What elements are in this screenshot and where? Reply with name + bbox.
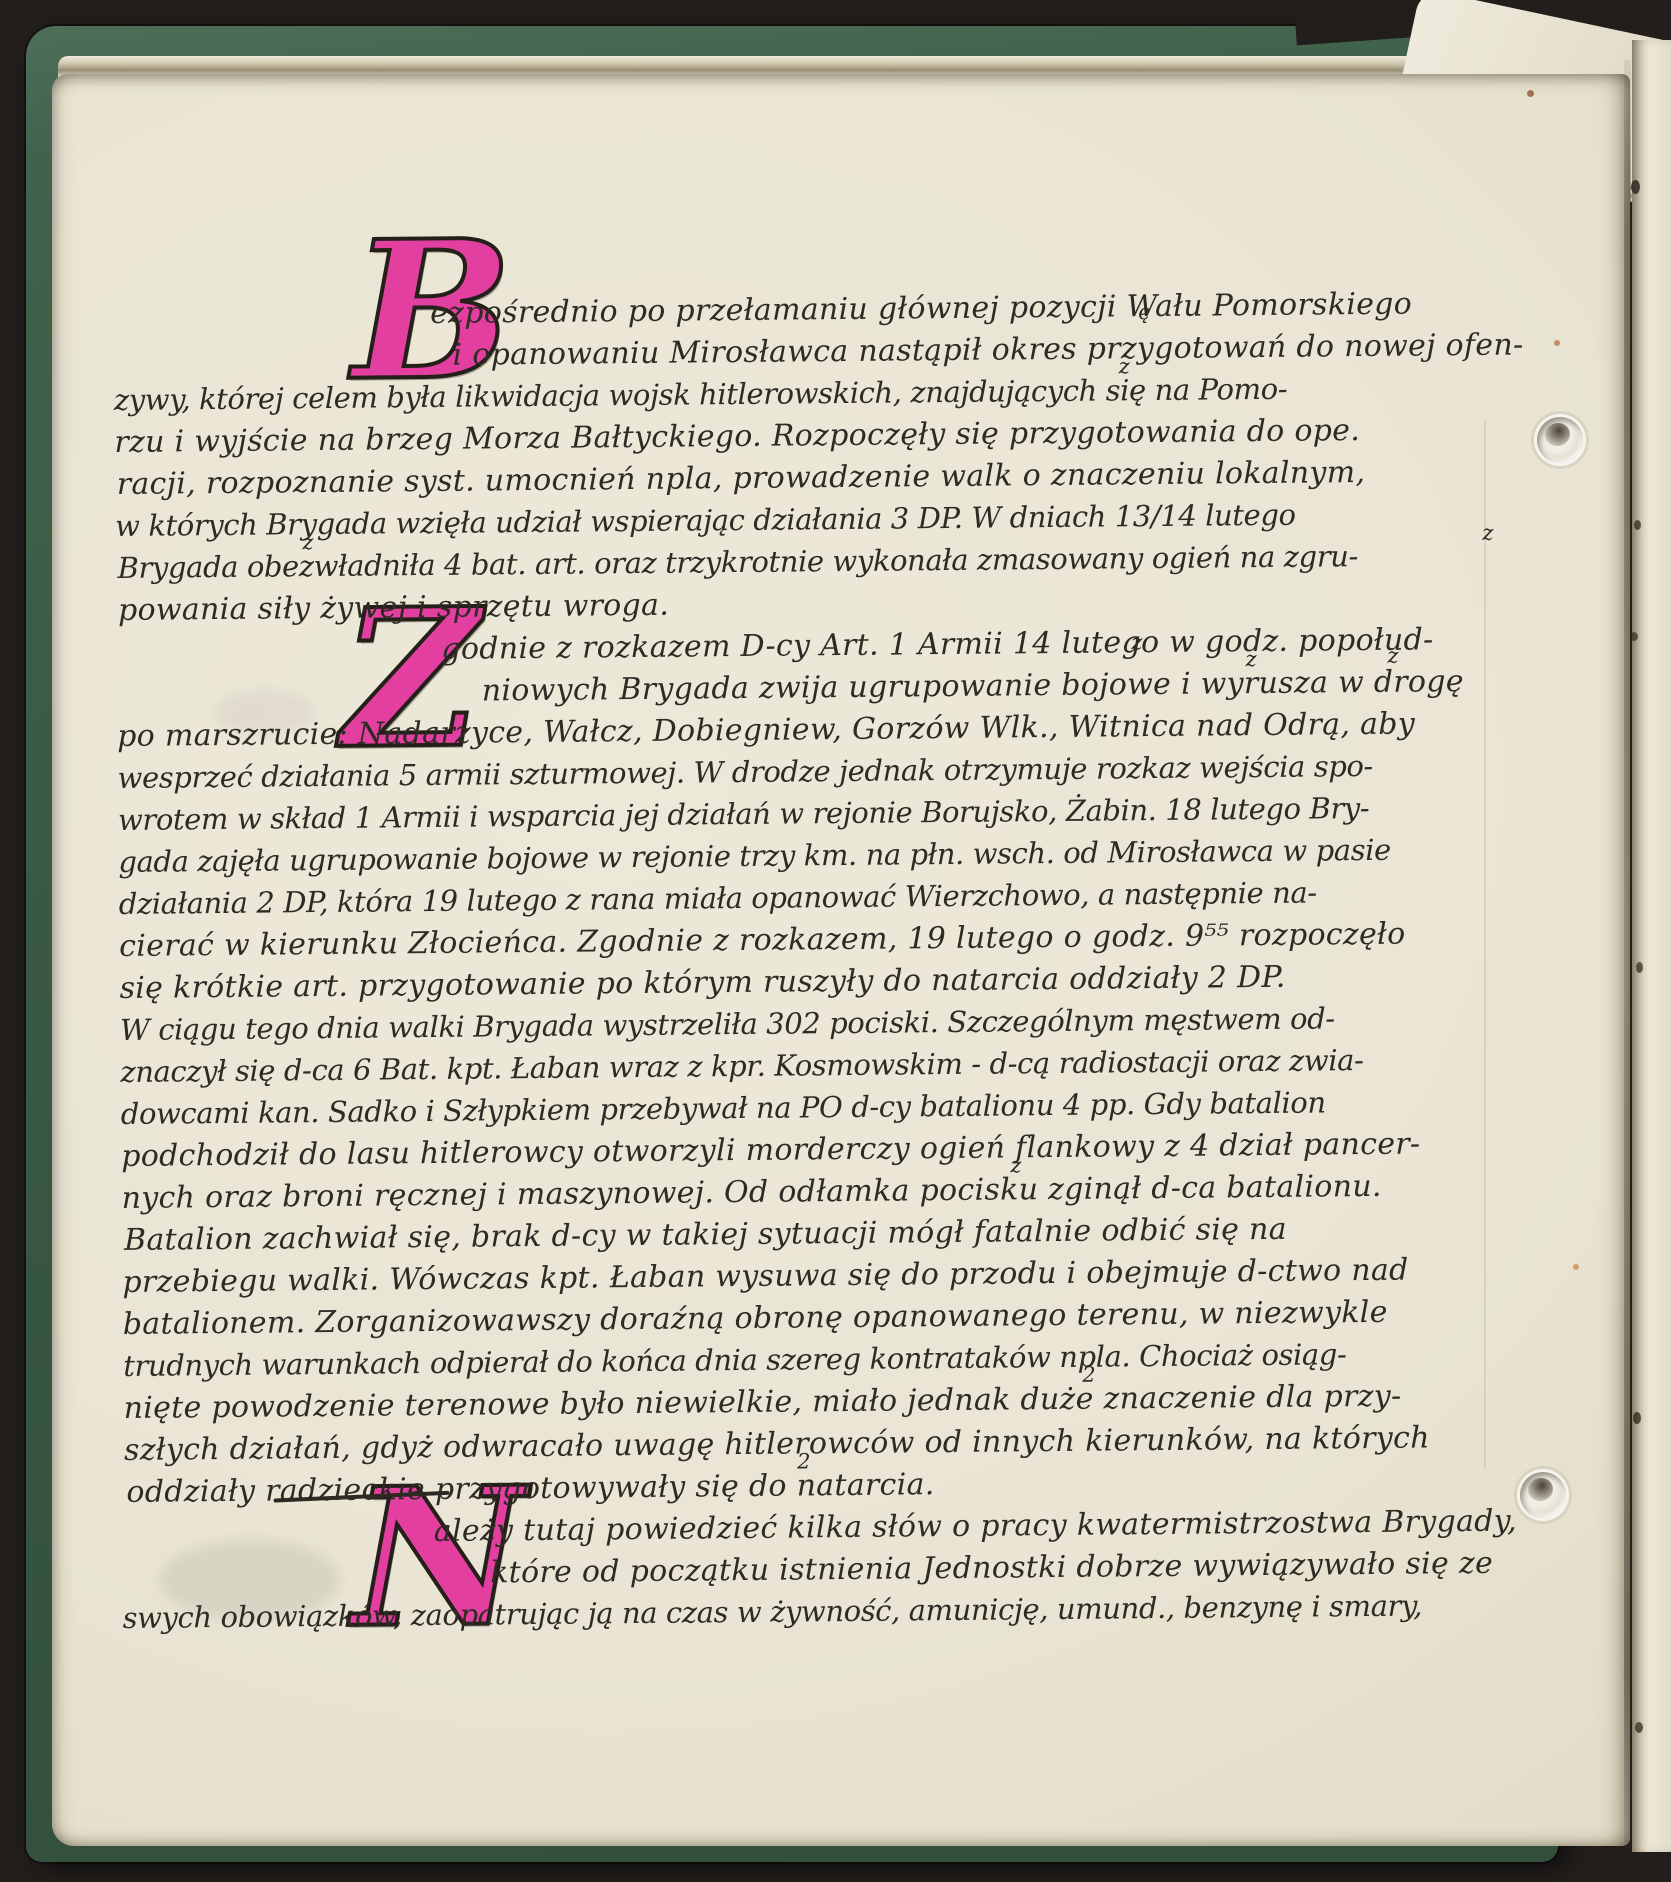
manuscript-line: cierać w kierunku Złocieńca. Zgodnie z r… (119, 918, 1406, 965)
correction-mark: z (1387, 646, 1398, 667)
manuscript-line: W ciągu tego dnia walki Brygada wystrzel… (120, 1002, 1335, 1047)
manuscript-line: oddziały radzieckie przygotowywały się d… (126, 1468, 934, 1510)
manuscript-line: działania 2 DP, która 19 lutego z rana m… (119, 876, 1317, 921)
correction-mark: z (1010, 1155, 1021, 1176)
manuscript-line: trudnych warunkach odpierał do końca dni… (123, 1338, 1346, 1383)
correction-mark: z (302, 532, 313, 553)
manuscript-line: powania siły żywej i sprzętu wroga. (118, 589, 669, 629)
manuscript-line: dowcami kan. Sadko i Szłypkiem przebywał… (121, 1086, 1326, 1131)
manuscript-line: ależy tutaj powiedzieć kilka słów o prac… (434, 1505, 1517, 1550)
manuscript-line: się krótkie art. przygotowanie po którym… (119, 961, 1285, 1007)
manuscript-line: po marszrucie: Nadarzyce, Wałcz, Dobiegn… (117, 708, 1415, 755)
manuscript-line: które od początku istnienia Jednostki do… (490, 1547, 1493, 1591)
correction-mark: z (1119, 356, 1130, 377)
correction-mark: 2 (797, 1451, 811, 1472)
manuscript-line: zywy, której celem była likwidacja wojsk… (114, 373, 1288, 418)
binder-hole-top (1537, 417, 1583, 463)
manuscript-line: w których Brygada wzięła udział wspieraj… (115, 499, 1296, 544)
manuscript-line: swych obowiązków, zaopatrując ją na czas… (122, 1589, 1422, 1635)
correction-mark: z (1482, 523, 1493, 544)
manuscript-line: wesprzeć działania 5 armii szturmowej. W… (117, 750, 1373, 795)
manuscript-line: nięte powodzenie terenowe było niewielki… (123, 1380, 1401, 1427)
manuscript-line: Batalion zachwiał się, brak d-cy w takie… (124, 1213, 1287, 1259)
correction-mark: z (1245, 649, 1256, 670)
manuscript-line: rzu i wyjście na brzeg Morza Bałtyckiego… (114, 414, 1360, 460)
book-scan: B Z N ezpośrednio po przełamaniu głównej… (0, 0, 1671, 1882)
manuscript-line: przebiegu walki. Wówczas kpt. Łaban wysu… (122, 1254, 1408, 1301)
manuscript-line: niowych Brygada zwija ugrupowanie bojowe… (482, 665, 1464, 709)
correction-mark: z (1131, 632, 1142, 653)
correction-mark: ę (1138, 302, 1151, 323)
manuscript-line: ezpośrednio po przełamaniu głównej pozyc… (430, 288, 1412, 332)
manuscript-line: nych oraz broni ręcznej i maszynowej. Od… (121, 1170, 1381, 1217)
handwritten-text: B Z N ezpośrednio po przełamaniu głównej… (0, 0, 1671, 1882)
manuscript-line: szłych działań, gdyż odwracało uwagę hit… (124, 1421, 1430, 1468)
manuscript-line: godnie z rozkazem D-cy Art. 1 Armii 14 l… (441, 623, 1433, 667)
manuscript-line: podchodził do lasu hitlerowcy otworzyli … (121, 1127, 1420, 1174)
manuscript-line: znaczył się d-ca 6 Bat. kpt. Łaban wraz … (120, 1044, 1363, 1089)
manuscript-line: wrotem w skład 1 Armii i wsparcia jej dz… (118, 792, 1370, 837)
correction-mark: 2 (1082, 1365, 1096, 1386)
manuscript-line: batalionem. Zorganizowawszy doraźną obro… (123, 1296, 1388, 1343)
binder-hole-bottom (1520, 1472, 1566, 1518)
manuscript-line: i opanowaniu Mirosławca nastąpił okres p… (452, 328, 1523, 373)
manuscript-line: racji, rozpoznanie syst. umocnień npla, … (117, 456, 1366, 502)
manuscript-line: gada zajęła ugrupowanie bojowe w rejonie… (118, 834, 1391, 880)
